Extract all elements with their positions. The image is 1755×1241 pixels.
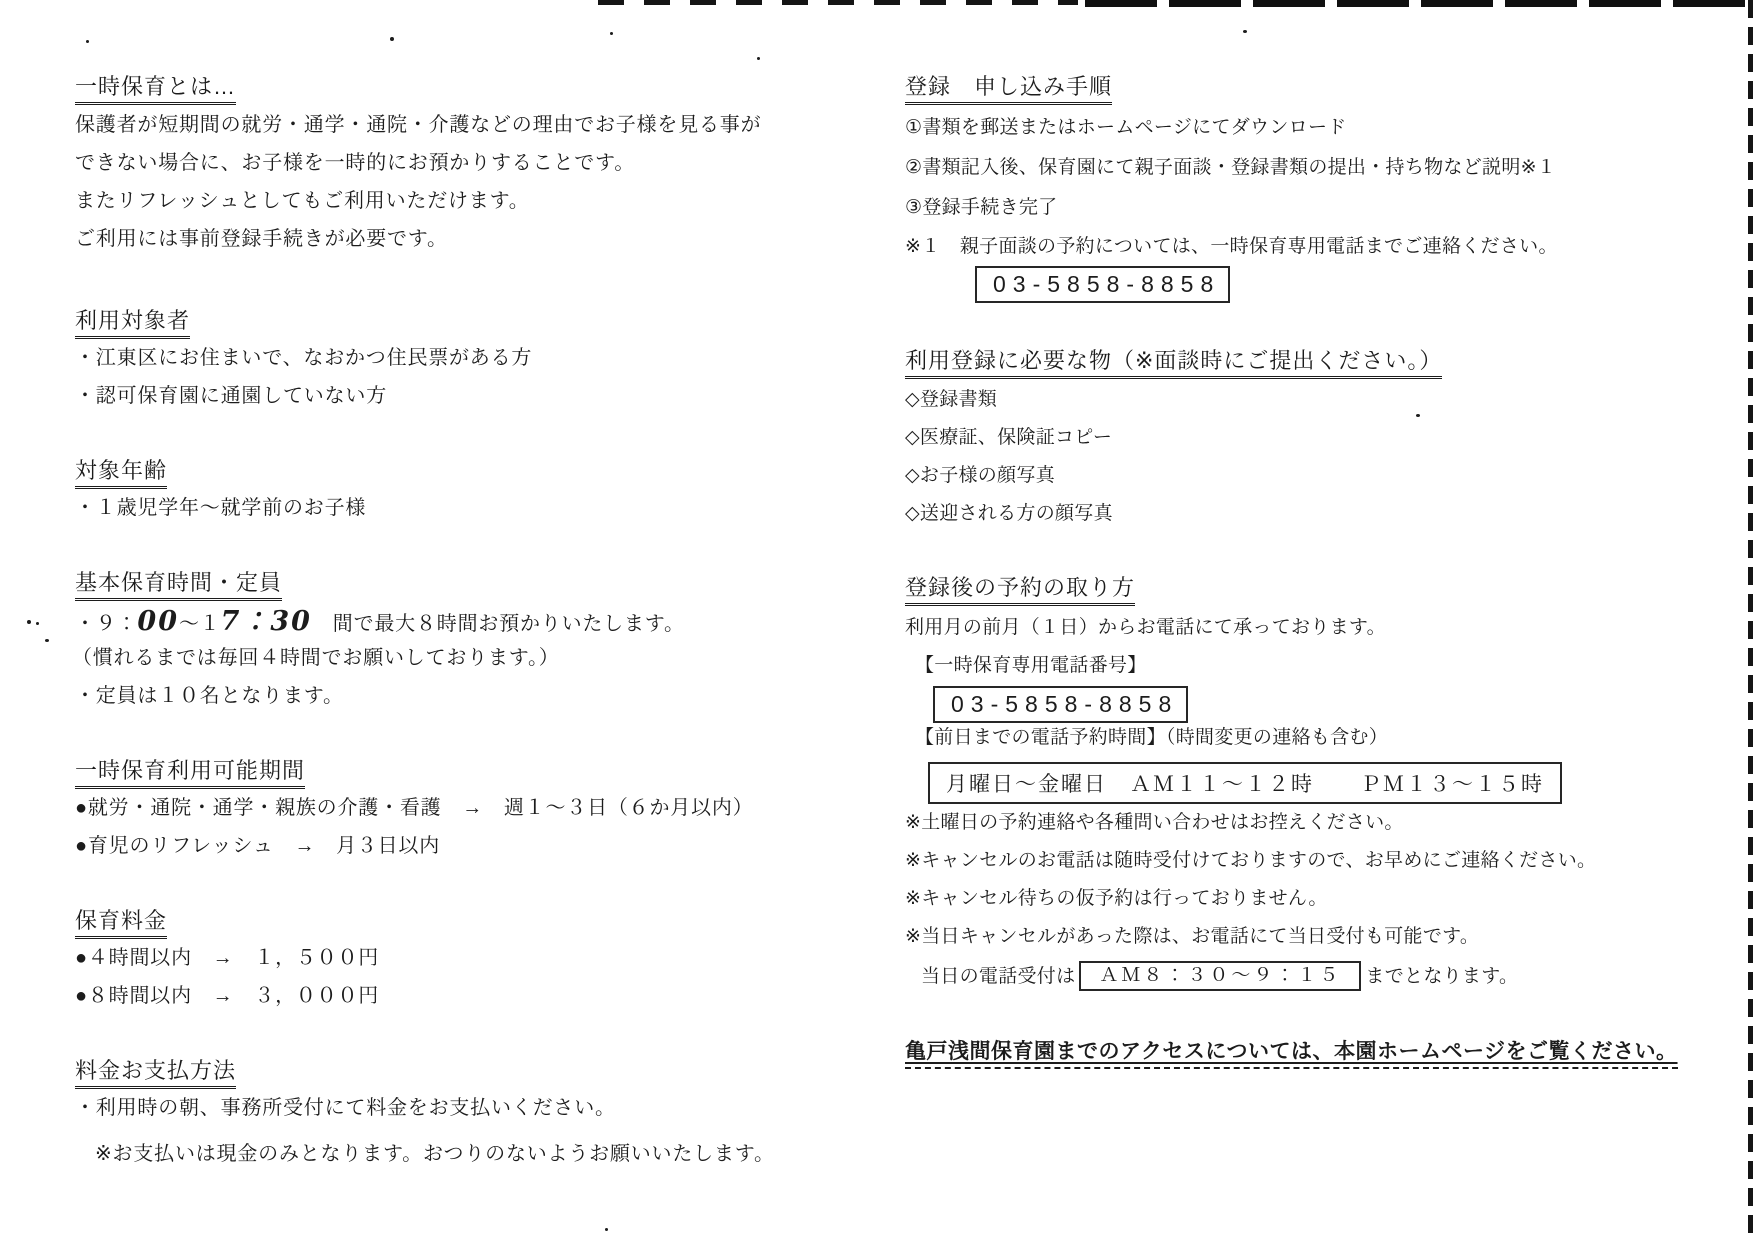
- basic-hours-line: ・９：00～１7：30 間で最大８時間お預かりいたします。: [75, 606, 685, 637]
- intro-line-2: できない場合に、お子様を一時的にお預かりすることです。: [75, 152, 635, 175]
- note-saturday: ※土曜日の予約連絡や各種問い合わせはお控えください。: [905, 812, 1404, 834]
- registration-step-3: ③登録手続き完了: [905, 197, 1057, 219]
- payment-line-1: ・利用時の朝、事務所受付にて料金をお支払いください。: [75, 1097, 616, 1120]
- heading-registration-procedure: 登録 申し込み手順: [905, 74, 1112, 105]
- note-same-day-cancel: ※当日キャンセルがあった際は、お電話にて当日受付も可能です。: [905, 926, 1479, 948]
- hours-printed-1: ・９：: [75, 613, 137, 635]
- scan-speck: [610, 32, 613, 35]
- hours-handwritten-2: 7：30: [221, 606, 312, 637]
- same-day-suffix: までとなります。: [1365, 966, 1518, 987]
- basic-hours-note: （慣れるまでは毎回４時間でお願いしております。）: [72, 647, 560, 670]
- intro-line-1: 保護者が短期間の就労・通学・通院・介護などの理由でお子様を見る事が: [75, 114, 761, 137]
- eligible-line-1: ・江東区にお住まいで、なおかつ住民票がある方: [75, 347, 532, 370]
- payment-line-2: ※お支払いは現金のみとなります。おつりのないようお願いいたします。: [95, 1143, 775, 1166]
- target-age-line: ・１歳児学年～就学前のお子様: [75, 497, 366, 520]
- intro-line-4: ご利用には事前登録手続きが必要です。: [75, 228, 448, 251]
- hours-printed-3: 間で最大８時間お預かりいたします。: [312, 613, 685, 635]
- usage-period-line-1: ●就労・通院・通学・親族の介護・看護 → 週１～３日（６か月以内）: [75, 797, 753, 820]
- footer-access-notice: 亀戸浅間保育園までのアクセスについては、本園ホームページをご覧ください。: [905, 1040, 1678, 1069]
- scan-speck: [86, 40, 89, 43]
- required-item-2: ◇医療証、保険証コピー: [905, 427, 1112, 449]
- same-day-prefix: 当日の電話受付は: [921, 966, 1075, 987]
- hours-handwritten-1: 00: [137, 606, 179, 637]
- note-cancellation: ※キャンセルのお電話は随時受付けておりますので、お早めにご連絡ください。: [905, 850, 1596, 872]
- scan-artifact-right-edge: [1748, 0, 1753, 1241]
- capacity-line: ・定員は１０名となります。: [75, 685, 344, 708]
- note-same-day-hours: 当日の電話受付はＡＭ８：３０～９：１５までとなります。: [921, 962, 1518, 992]
- eligible-line-2: ・認可保育園に通園していない方: [75, 385, 387, 408]
- hours-printed-2: ～１: [179, 613, 221, 635]
- heading-childcare-fees: 保育料金: [75, 908, 167, 939]
- heading-required-items: 利用登録に必要な物（※面談時にご提出ください。）: [905, 348, 1442, 379]
- scan-speck: [1416, 414, 1420, 417]
- heading-what-is-temporary-care: 一時保育とは…: [75, 74, 236, 105]
- scan-artifact-top-dashes: [598, 0, 1078, 5]
- scan-speck: [390, 37, 394, 41]
- usage-period-line-2: ●育児のリフレッシュ → 月３日以内: [75, 835, 440, 858]
- fee-line-8h: ●８時間以内 → ３，０００円: [75, 985, 379, 1008]
- same-day-hours-box: ＡＭ８：３０～９：１５: [1079, 961, 1361, 991]
- registration-step-1: ①書類を郵送またはホームページにてダウンロード: [905, 117, 1347, 139]
- scan-speck: [45, 639, 49, 642]
- intro-line-3: またリフレッシュとしてもご利用いただけます。: [75, 190, 530, 213]
- scan-speck: [27, 620, 31, 624]
- fee-line-4h: ●４時間以内 → １，５００円: [75, 947, 379, 970]
- heading-target-age: 対象年齢: [75, 458, 167, 489]
- heading-eligible-users: 利用対象者: [75, 308, 190, 339]
- registration-note-1: ※１ 親子面談の予約については、一時保育専用電話までご連絡ください。: [905, 236, 1558, 258]
- required-item-3: ◇お子様の顔写真: [905, 465, 1055, 487]
- phone-number-box-dedicated: 03-5858-8858: [933, 686, 1188, 723]
- scan-artifact-top-bar: [1085, 0, 1755, 7]
- reserve-phone-label: 【一時保育専用電話番号】: [915, 655, 1147, 677]
- heading-how-to-reserve: 登録後の予約の取り方: [905, 575, 1135, 606]
- scanned-flyer-page: 一時保育とは… 保護者が短期間の就労・通学・通院・介護などの理由でお子様を見る事…: [0, 0, 1755, 1241]
- scan-speck: [757, 57, 760, 60]
- required-item-1: ◇登録書類: [905, 389, 997, 411]
- registration-step-2: ②書類記入後、保育園にて親子面談・登録書類の提出・持ち物など説明※１: [905, 157, 1556, 179]
- note-waitlist: ※キャンセル待ちの仮予約は行っておりません。: [905, 888, 1328, 910]
- scan-speck: [36, 622, 39, 625]
- phone-number-box-interview: 03-5858-8858: [975, 266, 1230, 303]
- reserve-line-1: 利用月の前月（１日）からお電話にて承っております。: [905, 617, 1386, 639]
- heading-basic-hours-capacity: 基本保育時間・定員: [75, 570, 282, 601]
- scan-speck: [1243, 30, 1247, 33]
- phone-hours-box: 月曜日～金曜日 ＡＭ１１～１２時 ＰＭ１３～１５時: [928, 762, 1562, 804]
- required-item-4: ◇送迎される方の顔写真: [905, 503, 1113, 525]
- heading-payment-method: 料金お支払方法: [75, 1058, 236, 1089]
- reserve-hours-label: 【前日までの電話予約時間】（時間変更の連絡も含む）: [915, 727, 1388, 749]
- scan-speck: [605, 1228, 608, 1231]
- heading-usage-period: 一時保育利用可能期間: [75, 758, 305, 789]
